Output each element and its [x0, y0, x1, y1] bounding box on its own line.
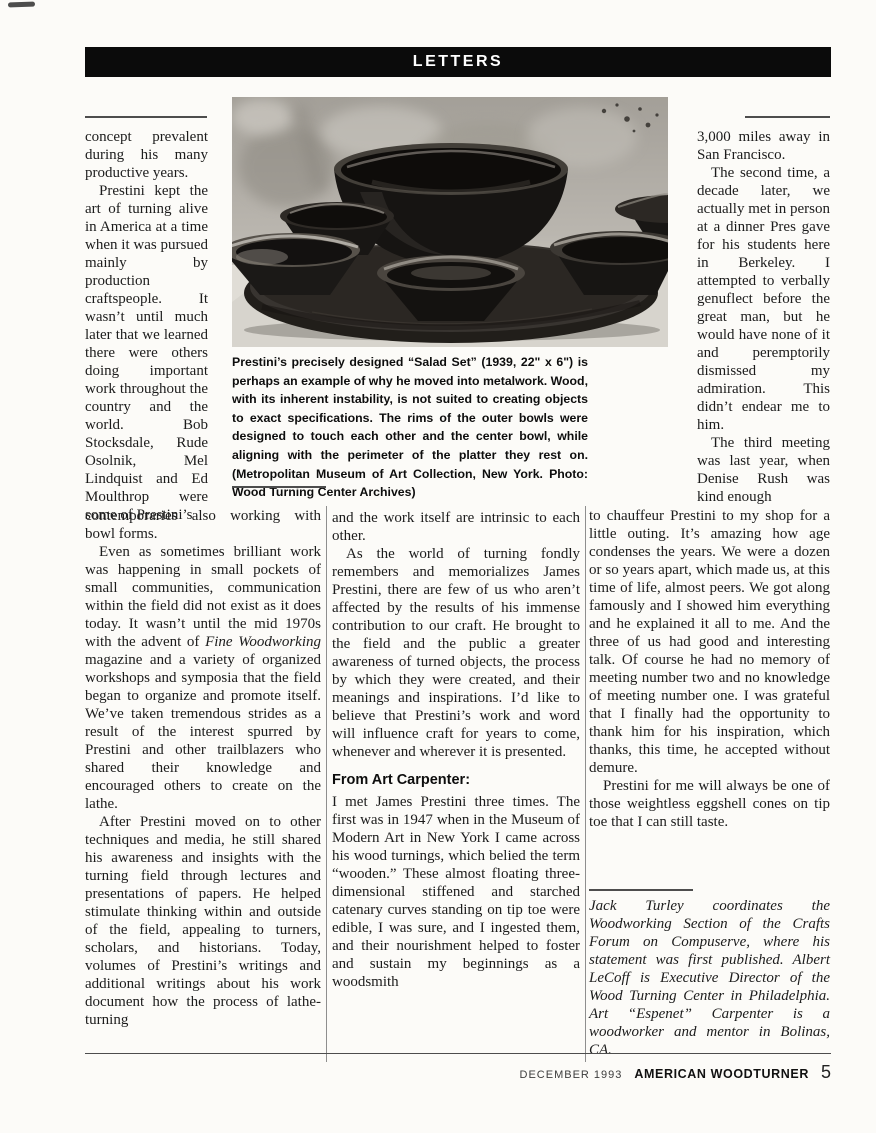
section-heading-from-art-carpenter: From Art Carpenter:: [332, 771, 580, 789]
right-column-narrow: 3,000 miles away in San Francisco. The s…: [697, 128, 830, 506]
paragraph: and the work itself are intrinsic to eac…: [332, 509, 580, 545]
paragraph: concept prevalent during his many produc…: [85, 128, 208, 182]
column-divider-right: [585, 506, 586, 1062]
right-column-top-rule: [745, 116, 830, 118]
paragraph-text: magazine and a variety of organized work…: [85, 652, 321, 812]
contributor-credits: Jack Turley coordinates the Woodworking …: [589, 897, 830, 1059]
right-column-wide: to chauffeur Prestini to my shop for a l…: [589, 507, 830, 831]
paragraph: After Prestini moved on to other techniq…: [85, 813, 321, 1029]
magazine-page: LETTERS: [0, 0, 876, 1133]
salad-set-illustration: [232, 97, 668, 347]
paragraph: Even as sometimes brilliant work was hap…: [85, 543, 321, 813]
paragraph: As the world of turning fondly remembers…: [332, 545, 580, 761]
column-divider-left: [326, 506, 327, 1062]
letters-header-bar: LETTERS: [85, 47, 831, 77]
footer: DECEMBER 1993 AMERICAN WOODTURNER 5: [85, 1062, 831, 1083]
paragraph: I met James Prestini three times. The fi…: [332, 793, 580, 991]
caption-end-rule: [232, 486, 326, 488]
paragraph: Prestini kept the art of turning alive i…: [85, 182, 208, 524]
paragraph: 3,000 miles away in San Francisco.: [697, 128, 830, 164]
left-column-top-rule: [85, 116, 207, 118]
paragraph: The second time, a decade later, we actu…: [697, 164, 830, 434]
left-column-wide: contemporaries also working with bowl fo…: [85, 507, 321, 1029]
footer-date: DECEMBER 1993: [520, 1069, 623, 1081]
scan-artifact: [8, 2, 35, 8]
footer-magazine-name: AMERICAN WOODTURNER: [634, 1067, 809, 1081]
paragraph: to chauffeur Prestini to my shop for a l…: [589, 507, 830, 777]
page-title: LETTERS: [413, 53, 503, 71]
credits-rule: [589, 889, 693, 891]
salad-set-photo: [232, 97, 668, 347]
left-column-narrow: concept prevalent during his many produc…: [85, 128, 208, 524]
paragraph: The third meeting was last year, when De…: [697, 434, 830, 506]
footer-rule: [85, 1053, 831, 1054]
magazine-title-italic: Fine Woodworking: [205, 634, 321, 650]
middle-column: and the work itself are intrinsic to eac…: [332, 509, 580, 991]
footer-page-number: 5: [821, 1062, 831, 1083]
paragraph: contemporaries also working with bowl fo…: [85, 507, 321, 543]
paragraph: Prestini for me will always be one of th…: [589, 777, 830, 831]
photo-caption: Prestini’s precisely designed “Salad Set…: [232, 353, 588, 502]
